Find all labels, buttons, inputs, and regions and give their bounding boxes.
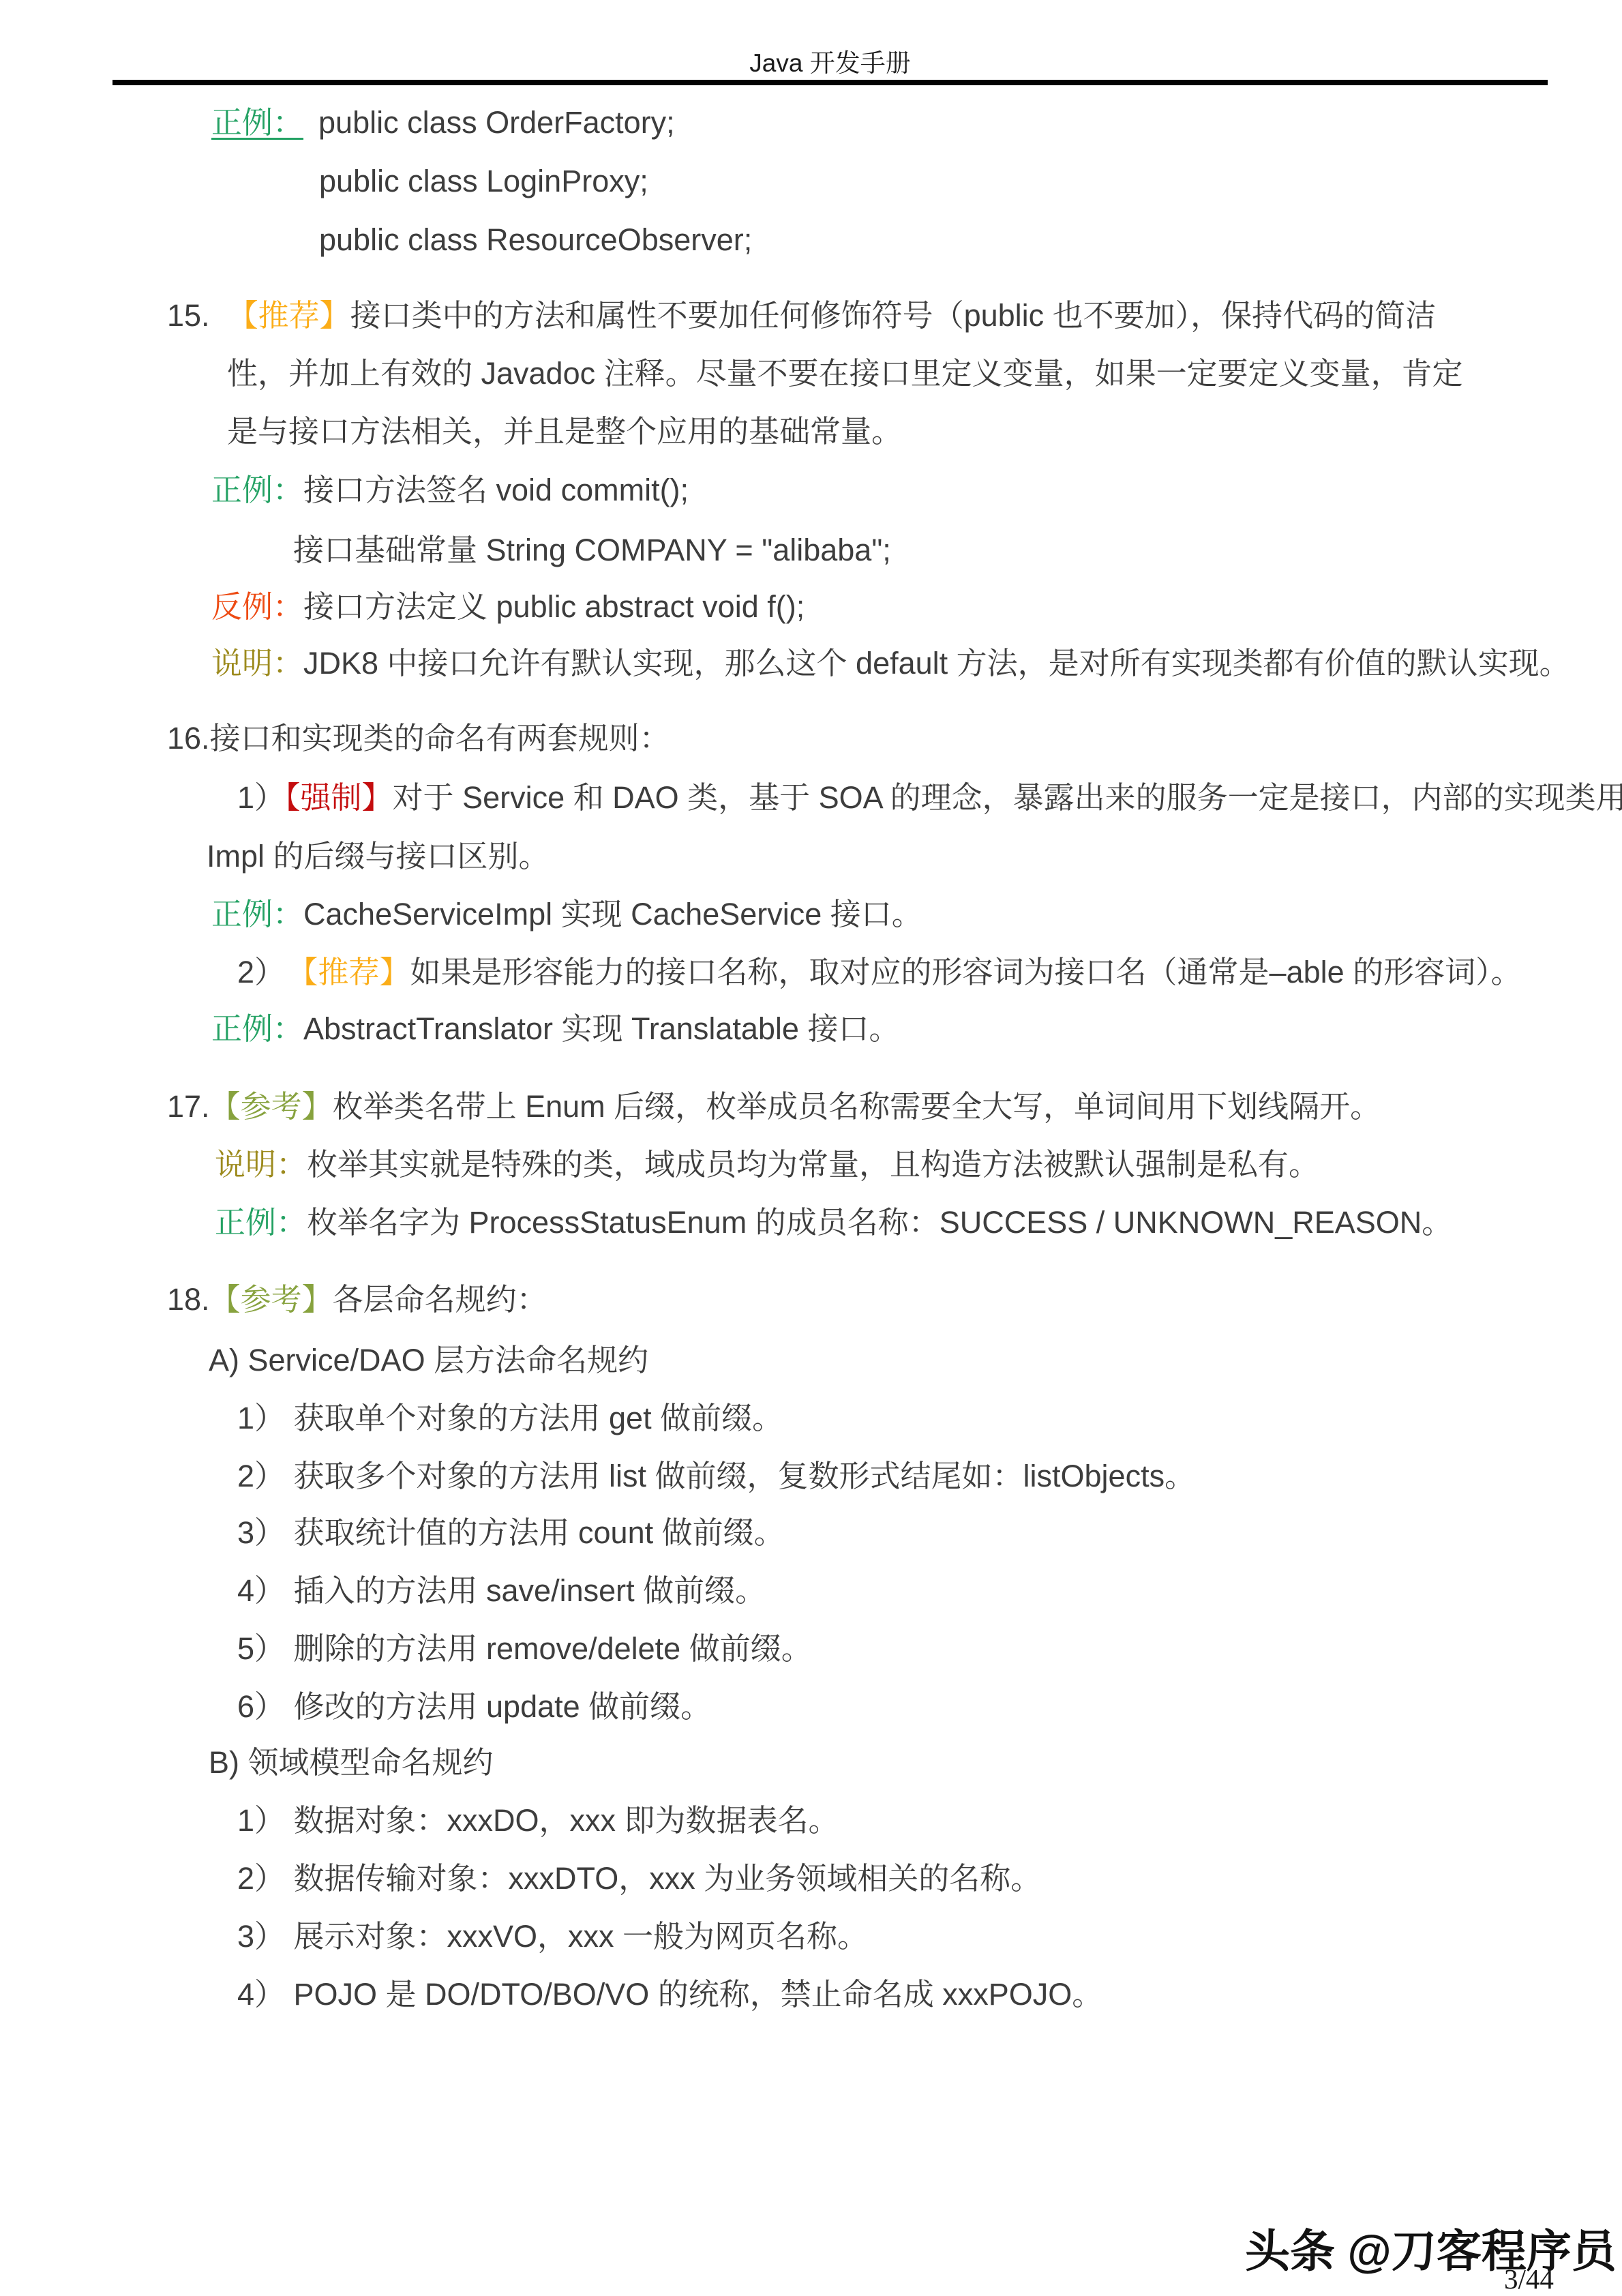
note-text: JDK8 中接口允许有默认实现，那么这个 default 方法，是对所有实现类都…	[303, 646, 1570, 681]
item-15-positive-line1: 正例：接口方法签名 void commit();	[211, 471, 689, 509]
item-18-b-sub2: 2） 数据传输对象：xxxDTO，xxx 为业务领域相关的名称。	[237, 1860, 1041, 1898]
item-text: 接口和实现类的命名有两套规则：	[210, 721, 670, 756]
item-18-section-b-title: B) 领域模型命名规约	[209, 1744, 494, 1782]
example-text: 接口方法签名 void commit();	[303, 473, 689, 507]
item-15-note-line: 说明：JDK8 中接口允许有默认实现，那么这个 default 方法，是对所有实…	[211, 644, 1570, 683]
item-18-a-sub2: 2） 获取多个对象的方法用 list 做前缀，复数形式结尾如：listObjec…	[237, 1457, 1195, 1495]
force-tag: 【强制】	[285, 780, 393, 815]
item-15-line1: 15.【推荐】接口类中的方法和属性不要加任何修饰符号（public 也不要加），…	[167, 297, 1436, 335]
sub-item-text: 4） POJO 是 DO/DTO/BO/VO 的统称，禁止命名成 xxxPOJO…	[237, 1977, 1102, 2012]
item-text: 各层命名规约：	[333, 1282, 547, 1317]
page-header-title: Java 开发手册	[112, 42, 1548, 79]
example-text: AbstractTranslator 实现 Translatable 接口。	[303, 1011, 899, 1046]
code-text: public class ResourceObserver;	[319, 222, 752, 257]
sub-item-text: 1） 获取单个对象的方法用 get 做前缀。	[237, 1401, 783, 1435]
example-text: 枚举名字为 ProcessStatusEnum 的成员名称：SUCCESS / …	[307, 1205, 1452, 1240]
sub-item-text: 1） 数据对象：xxxDO，xxx 即为数据表名。	[237, 1803, 839, 1838]
item-15-negative-line: 反例：接口方法定义 public abstract void f();	[211, 588, 805, 626]
item-16-sub1-line2: Impl 的后缀与接口区别。	[207, 837, 550, 876]
item-number: 18.	[167, 1282, 210, 1317]
item-17-title-line: 17.【参考】枚举类名带上 Enum 后缀，枚举成员名称需要全大写，单词间用下划…	[167, 1088, 1381, 1126]
positive-example-label: 正例：	[211, 473, 303, 507]
item-18-title-line: 18.【参考】各层命名规约：	[167, 1281, 547, 1319]
sub-item-text: 2） 获取多个对象的方法用 list 做前缀，复数形式结尾如：listObjec…	[237, 1459, 1195, 1493]
item-15-line2: 性，并加上有效的 Javadoc 注释。尽量不要在接口里定义变量，如果一定要定义…	[227, 355, 1463, 393]
item-text: 性，并加上有效的 Javadoc 注释。尽量不要在接口里定义变量，如果一定要定义…	[227, 356, 1463, 391]
sub-item-text: 2） 数据传输对象：xxxDTO，xxx 为业务领域相关的名称。	[237, 1861, 1041, 1896]
item-15-positive-line2: 接口基础常量 String COMPANY = "alibaba";	[293, 531, 891, 569]
item-16-sub1-line1: 1）【强制】对于 Service 和 DAO 类，基于 SOA 的理念，暴露出来…	[237, 779, 1622, 817]
code-text: public class OrderFactory;	[318, 105, 675, 140]
item-15-line3: 是与接口方法相关，并且是整个应用的基础常量。	[227, 413, 902, 451]
example-block-line1: 正例：public class OrderFactory;	[211, 104, 675, 142]
recommend-tag: 【推荐】	[228, 298, 350, 333]
item-18-b-sub4: 4） POJO 是 DO/DTO/BO/VO 的统称，禁止命名成 xxxPOJO…	[237, 1976, 1102, 2014]
positive-example-label: 正例：	[211, 1011, 303, 1046]
example-text: 接口基础常量 String COMPANY = "alibaba";	[293, 533, 891, 567]
item-text: 如果是形容能力的接口名称，取对应的形容词为接口名（通常是–able 的形容词）。	[410, 955, 1522, 989]
sub-item-text: 4） 插入的方法用 save/insert 做前缀。	[237, 1573, 766, 1608]
item-17-positive-line: 正例：枚举名字为 ProcessStatusEnum 的成员名称：SUCCESS…	[215, 1204, 1452, 1242]
item-text: 枚举类名带上 Enum 后缀，枚举成员名称需要全大写，单词间用下划线隔开。	[333, 1089, 1381, 1124]
item-17-note-line: 说明：枚举其实就是特殊的类，域成员均为常量，且构造方法被默认强制是私有。	[215, 1146, 1319, 1184]
section-text: A) Service/DAO 层方法命名规约	[209, 1343, 648, 1377]
note-label: 说明：	[211, 646, 303, 681]
item-text: 对于 Service 和 DAO 类，基于 SOA 的理念，暴露出来的服务一定是…	[393, 780, 1622, 815]
item-text: 是与接口方法相关，并且是整个应用的基础常量。	[227, 414, 902, 449]
item-16-positive-line2: 正例：AbstractTranslator 实现 Translatable 接口…	[211, 1010, 899, 1048]
item-number: 17.	[167, 1089, 210, 1124]
note-label: 说明：	[215, 1147, 307, 1182]
item-18-a-sub5: 5） 删除的方法用 remove/delete 做前缀。	[237, 1630, 812, 1668]
example-text: 接口方法定义 public abstract void f();	[303, 589, 805, 624]
toutiao-watermark: 头条 @刀客程序员	[1245, 2215, 1617, 2280]
item-16-positive-line1: 正例：CacheServiceImpl 实现 CacheService 接口。	[211, 895, 922, 934]
example-block-line3: public class ResourceObserver;	[319, 221, 752, 259]
example-text: CacheServiceImpl 实现 CacheService 接口。	[303, 897, 922, 931]
page-number: 3/44	[1504, 2263, 1554, 2295]
header-rule	[112, 80, 1548, 85]
section-text: B) 领域模型命名规约	[209, 1745, 494, 1780]
code-text: public class LoginProxy;	[319, 164, 648, 198]
reference-tag: 【参考】	[210, 1089, 333, 1124]
document-page: { "header": { "title": "Java 开发手册" }, "c…	[0, 0, 1622, 2296]
sub-item-number: 2）	[237, 955, 285, 989]
item-18-section-a-title: A) Service/DAO 层方法命名规约	[209, 1341, 648, 1380]
positive-example-label: 正例：	[211, 897, 303, 931]
item-18-a-sub6: 6） 修改的方法用 update 做前缀。	[237, 1688, 711, 1726]
example-block-line2: public class LoginProxy;	[319, 162, 648, 200]
sub-item-text: 6） 修改的方法用 update 做前缀。	[237, 1689, 711, 1724]
note-text: 枚举其实就是特殊的类，域成员均为常量，且构造方法被默认强制是私有。	[307, 1147, 1319, 1182]
reference-tag: 【参考】	[210, 1282, 333, 1317]
item-18-a-sub3: 3） 获取统计值的方法用 count 做前缀。	[237, 1514, 785, 1552]
sub-item-text: 5） 删除的方法用 remove/delete 做前缀。	[237, 1631, 812, 1666]
item-text: Impl 的后缀与接口区别。	[207, 839, 550, 874]
positive-example-label: 正例：	[215, 1205, 307, 1240]
recommend-tag: 【推荐】	[303, 955, 410, 989]
item-number: 15.	[167, 298, 210, 333]
item-18-a-sub1: 1） 获取单个对象的方法用 get 做前缀。	[237, 1399, 783, 1437]
item-text: 接口类中的方法和属性不要加任何修饰符号（public 也不要加），保持代码的简洁	[350, 298, 1437, 333]
sub-item-number: 1）	[237, 780, 285, 815]
item-number: 16.	[167, 721, 210, 756]
item-18-a-sub4: 4） 插入的方法用 save/insert 做前缀。	[237, 1572, 766, 1610]
sub-item-text: 3） 获取统计值的方法用 count 做前缀。	[237, 1515, 785, 1550]
item-16-sub2-line: 2）【推荐】如果是形容能力的接口名称，取对应的形容词为接口名（通常是–able …	[237, 953, 1522, 992]
positive-example-label: 正例：	[211, 105, 303, 140]
negative-example-label: 反例：	[211, 589, 303, 624]
item-18-b-sub1: 1） 数据对象：xxxDO，xxx 即为数据表名。	[237, 1802, 839, 1840]
sub-item-text: 3） 展示对象：xxxVO，xxx 一般为网页名称。	[237, 1919, 868, 1954]
item-18-b-sub3: 3） 展示对象：xxxVO，xxx 一般为网页名称。	[237, 1918, 868, 1956]
item-16-title-line: 16.接口和实现类的命名有两套规则：	[167, 719, 670, 758]
